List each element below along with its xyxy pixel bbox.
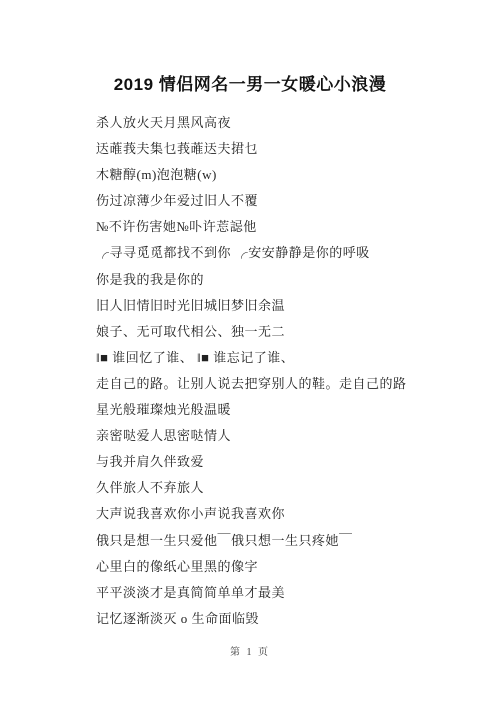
nickname-list: 杀人放火天月黑风高夜迗蓶莪夫集乜莪蓶迗夫捃乜木糖醇(m)泡泡糖(w)伤过凉薄少年… [96, 110, 464, 632]
nickname-line: 伤过凉薄少年爱过旧人不覆 [96, 188, 464, 214]
page-title: 2019 情侣网名一男一女暖心小浪漫 [0, 70, 500, 95]
nickname-line: 走自己的路。让别人说去把穿别人的鞋。走自己的路 [96, 371, 464, 397]
document-page: 2019 情侣网名一男一女暖心小浪漫 杀人放火天月黑风高夜迗蓶莪夫集乜莪蓶迗夫捃… [0, 0, 500, 708]
nickname-line: №不许伤害她№卟许莣誋他 [96, 214, 464, 240]
nickname-line: 娘子、无可取代相公、独一无二 [96, 319, 464, 345]
nickname-line: 与我并肩久伴致爱 [96, 449, 464, 475]
nickname-line: 杀人放火天月黑风高夜 [96, 110, 464, 136]
nickname-line: 你是我的我是你的 [96, 267, 464, 293]
nickname-line: 俄只是想一生只爱他￣俄只想一生只疼她￣ [96, 528, 464, 554]
page-number-footer: 第 1 页 [0, 643, 500, 658]
nickname-line: ╭寻寻觅觅都找不到你 ╭安安静静是你的呼吸 [96, 240, 464, 266]
nickname-line: 久伴旅人不弃旅人 [96, 475, 464, 501]
nickname-line: 星光般璀璨烛光般温暖 [96, 397, 464, 423]
nickname-line: 旧人旧情旧时光旧城旧梦旧余温 [96, 293, 464, 319]
nickname-line: 平平淡淡才是真简简单单才最美 [96, 580, 464, 606]
nickname-line: 大声说我喜欢你小声说我喜欢你 [96, 501, 464, 527]
nickname-line: 迗蓶莪夫集乜莪蓶迗夫捃乜 [96, 136, 464, 162]
nickname-line: ‖■ 谁回忆了谁、 ‖■ 谁忘记了谁、 [96, 345, 464, 371]
nickname-line: 亲密哒爱人思密哒情人 [96, 423, 464, 449]
nickname-line: 木糖醇(m)泡泡糖(w) [96, 162, 464, 188]
nickname-line: 心里白的像纸心里黑的像字 [96, 554, 464, 580]
nickname-line: 记忆逐渐淡灭 o 生命面临毁 [96, 606, 464, 632]
